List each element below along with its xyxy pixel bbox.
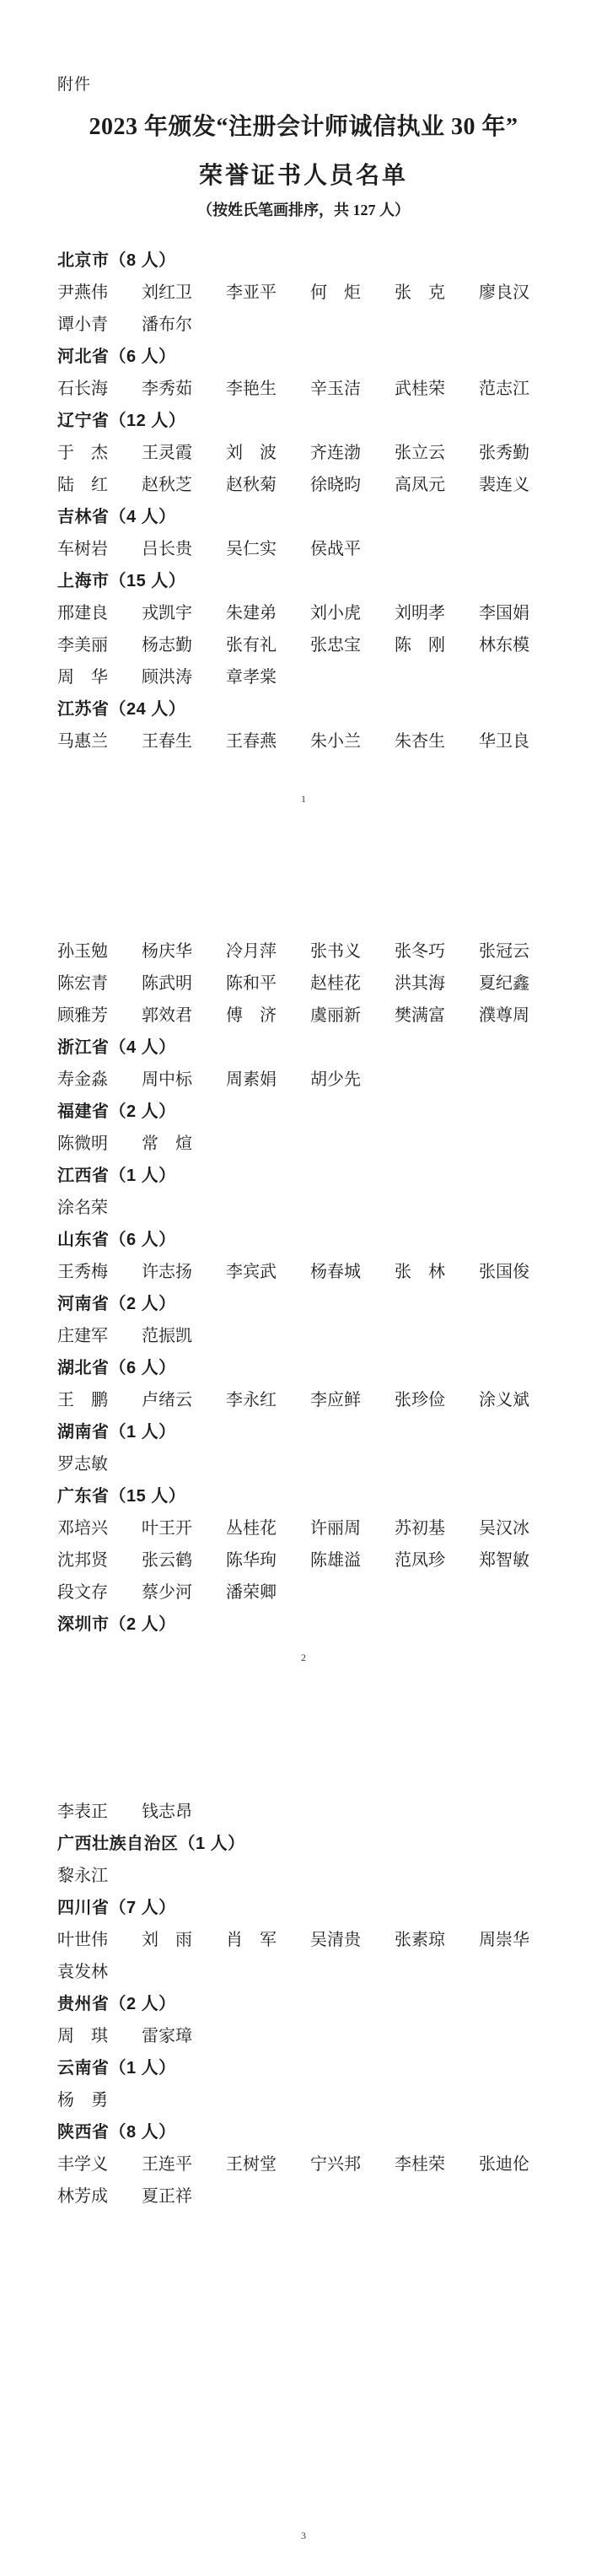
person-name: 李亚平 bbox=[226, 277, 310, 309]
names-row: 车树岩吕长贵吴仁实侯战平 bbox=[0, 533, 607, 565]
person-name: 宁兴邦 bbox=[310, 2148, 395, 2180]
person-name: 杨庆华 bbox=[142, 935, 226, 967]
person-name: 叶世伟 bbox=[57, 1924, 142, 1956]
person-name: 王 鹏 bbox=[57, 1384, 142, 1416]
names-row: 叶世伟刘 雨肖 军吴清贵张素琼周崇华 bbox=[0, 1924, 607, 1956]
names-row: 王秀梅许志扬李宾武杨春城张 林张国俊 bbox=[0, 1256, 607, 1288]
region-section-header: 北京市（8 人） bbox=[0, 245, 607, 277]
region-section-header: 广西壮族自治区（1 人） bbox=[0, 1828, 607, 1860]
page-number: 3 bbox=[0, 2530, 607, 2542]
person-name: 王连平 bbox=[142, 2148, 226, 2180]
person-name: 周崇华 bbox=[479, 1924, 563, 1956]
person-name: 邢建良 bbox=[57, 597, 142, 629]
person-name: 沈邦贤 bbox=[57, 1544, 142, 1576]
person-name: 张国俊 bbox=[479, 1256, 563, 1288]
names-row: 丰学义王连平王树堂宁兴邦李桂荣张迪伦 bbox=[0, 2148, 607, 2180]
person-name: 何 炬 bbox=[310, 277, 395, 309]
person-name: 叶王开 bbox=[142, 1512, 226, 1544]
region-section-header: 山东省（6 人） bbox=[0, 1224, 607, 1256]
person-name: 范志江 bbox=[479, 373, 563, 405]
person-name: 吴汉冰 bbox=[479, 1512, 563, 1544]
names-row: 陈宏青陈武明陈和平赵桂花洪其海夏纪鑫 bbox=[0, 967, 607, 1000]
person-name: 石长海 bbox=[57, 373, 142, 405]
person-name: 郭效君 bbox=[142, 1000, 226, 1032]
person-name: 杨春城 bbox=[310, 1256, 395, 1288]
names-row: 周 华顾洪涛章孝棠 bbox=[0, 661, 607, 693]
person-name: 张有礼 bbox=[226, 629, 310, 661]
person-name: 涂名荣 bbox=[57, 1192, 142, 1224]
person-name: 樊满富 bbox=[395, 1000, 479, 1032]
person-name: 傅 济 bbox=[226, 1000, 310, 1032]
region-section-header: 深圳市（2 人） bbox=[0, 1609, 607, 1641]
document-page: 附件2023 年颁发“注册会计师诚信执业 30 年”荣誉证书人员名单（按姓氏笔画… bbox=[0, 0, 607, 859]
person-name: 林芳成 bbox=[57, 2180, 142, 2212]
person-name: 张迪伦 bbox=[479, 2148, 563, 2180]
document-page: 孙玉勉杨庆华冷月萍张书义张冬巧张冠云陈宏青陈武明陈和平赵桂花洪其海夏纪鑫顾雅芳郭… bbox=[0, 859, 607, 1717]
person-name: 雷家璋 bbox=[142, 2020, 226, 2052]
region-section-header: 河北省（6 人） bbox=[0, 341, 607, 373]
region-section-header: 贵州省（2 人） bbox=[0, 1988, 607, 2020]
person-name: 徐晓昀 bbox=[310, 469, 395, 501]
person-name: 刘 雨 bbox=[142, 1924, 226, 1956]
person-name: 张立云 bbox=[395, 437, 479, 469]
document-title-line1: 2023 年颁发“注册会计师诚信执业 30 年” bbox=[0, 108, 607, 147]
person-name: 陈华珣 bbox=[226, 1544, 310, 1576]
document: 附件2023 年颁发“注册会计师诚信执业 30 年”荣誉证书人员名单（按姓氏笔画… bbox=[0, 0, 607, 2576]
names-row: 孙玉勉杨庆华冷月萍张书义张冬巧张冠云 bbox=[0, 935, 607, 967]
person-name: 陆 红 bbox=[57, 469, 142, 501]
person-name: 潘布尔 bbox=[142, 309, 226, 341]
names-row: 王 鹏卢绪云李永红李应鲜张珍俭涂义斌 bbox=[0, 1384, 607, 1416]
person-name: 林东模 bbox=[479, 629, 563, 661]
names-row: 于 杰王灵霞刘 波齐连渤张立云张秀勤 bbox=[0, 437, 607, 469]
names-row: 马惠兰王春生王春燕朱小兰朱杏生华卫良 bbox=[0, 725, 607, 757]
person-name: 张秀勤 bbox=[479, 437, 563, 469]
person-name: 陈和平 bbox=[226, 967, 310, 1000]
names-row: 涂名荣 bbox=[0, 1192, 607, 1224]
person-name: 虞丽新 bbox=[310, 1000, 395, 1032]
person-name: 陈武明 bbox=[142, 967, 226, 1000]
person-name: 马惠兰 bbox=[57, 725, 142, 757]
person-name: 潘荣卿 bbox=[226, 1576, 310, 1609]
person-name: 刘明孝 bbox=[395, 597, 479, 629]
person-name: 刘红卫 bbox=[142, 277, 226, 309]
person-name: 张忠宝 bbox=[310, 629, 395, 661]
region-section-header: 河南省（2 人） bbox=[0, 1288, 607, 1320]
attachment-label: 附件 bbox=[0, 73, 607, 98]
person-name: 顾雅芳 bbox=[57, 1000, 142, 1032]
person-name: 李表正 bbox=[57, 1796, 142, 1828]
person-name: 张云鹤 bbox=[142, 1544, 226, 1576]
person-name: 李美丽 bbox=[57, 629, 142, 661]
person-name: 李应鲜 bbox=[310, 1384, 395, 1416]
person-name: 陈宏青 bbox=[57, 967, 142, 1000]
person-name: 黎永江 bbox=[57, 1860, 142, 1892]
person-name: 赵秋菊 bbox=[226, 469, 310, 501]
names-row: 石长海李秀茹李艳生辛玉洁武桂荣范志江 bbox=[0, 373, 607, 405]
document-title-line2: 荣誉证书人员名单 bbox=[0, 157, 607, 196]
names-row: 谭小青潘布尔 bbox=[0, 309, 607, 341]
person-name: 李桂荣 bbox=[395, 2148, 479, 2180]
person-name: 齐连渤 bbox=[310, 437, 395, 469]
region-section-header: 江西省（1 人） bbox=[0, 1160, 607, 1192]
page-number: 1 bbox=[0, 793, 607, 806]
person-name: 顾洪涛 bbox=[142, 661, 226, 693]
person-name: 辛玉洁 bbox=[310, 373, 395, 405]
person-name: 夏正祥 bbox=[142, 2180, 226, 2212]
person-name: 丰学义 bbox=[57, 2148, 142, 2180]
person-name: 邓培兴 bbox=[57, 1512, 142, 1544]
names-row: 段文存蔡少河潘荣卿 bbox=[0, 1576, 607, 1609]
person-name: 杨 勇 bbox=[57, 2084, 142, 2116]
person-name: 袁发林 bbox=[57, 1956, 142, 1988]
person-name: 王秀梅 bbox=[57, 1256, 142, 1288]
person-name: 郑智敏 bbox=[479, 1544, 563, 1576]
names-row: 陈微明常 煊 bbox=[0, 1128, 607, 1160]
person-name: 华卫良 bbox=[479, 725, 563, 757]
names-row: 邢建良戎凯宇朱建弟刘小虎刘明孝李国娟 bbox=[0, 597, 607, 629]
region-section-header: 江苏省（24 人） bbox=[0, 693, 607, 725]
person-name: 谭小青 bbox=[57, 309, 142, 341]
names-row: 邓培兴叶王开丛桂花许丽周苏初基吴汉冰 bbox=[0, 1512, 607, 1544]
names-row: 沈邦贤张云鹤陈华珣陈雄溢范凤珍郑智敏 bbox=[0, 1544, 607, 1576]
person-name: 朱小兰 bbox=[310, 725, 395, 757]
person-name: 廖良汉 bbox=[479, 277, 563, 309]
person-name: 周 华 bbox=[57, 661, 142, 693]
person-name: 丛桂花 bbox=[226, 1512, 310, 1544]
document-subtitle: （按姓氏笔画排序，共 127 人） bbox=[0, 199, 607, 221]
names-row: 杨 勇 bbox=[0, 2084, 607, 2116]
region-section-header: 上海市（15 人） bbox=[0, 565, 607, 597]
person-name: 胡少先 bbox=[310, 1064, 395, 1096]
person-name: 陈 刚 bbox=[395, 629, 479, 661]
person-name: 钱志昂 bbox=[142, 1796, 226, 1828]
person-name: 张书义 bbox=[310, 935, 395, 967]
person-name: 吕长贵 bbox=[142, 533, 226, 565]
names-row: 顾雅芳郭效君傅 济虞丽新樊满富濮尊周 bbox=[0, 1000, 607, 1032]
region-section-header: 广东省（15 人） bbox=[0, 1480, 607, 1512]
person-name: 李国娟 bbox=[479, 597, 563, 629]
person-name: 段文存 bbox=[57, 1576, 142, 1609]
names-row: 林芳成夏正祥 bbox=[0, 2180, 607, 2212]
person-name: 张珍俭 bbox=[395, 1384, 479, 1416]
person-name: 刘小虎 bbox=[310, 597, 395, 629]
names-row: 罗志敏 bbox=[0, 1448, 607, 1480]
region-section-header: 湖南省（1 人） bbox=[0, 1416, 607, 1448]
names-row: 周 琪雷家璋 bbox=[0, 2020, 607, 2052]
person-name: 庄建军 bbox=[57, 1320, 142, 1352]
person-name: 范凤珍 bbox=[395, 1544, 479, 1576]
person-name: 王灵霞 bbox=[142, 437, 226, 469]
person-name: 车树岩 bbox=[57, 533, 142, 565]
names-row: 陆 红赵秋芝赵秋菊徐晓昀高凤元裴连义 bbox=[0, 469, 607, 501]
person-name: 赵桂花 bbox=[310, 967, 395, 1000]
person-name: 裴连义 bbox=[479, 469, 563, 501]
person-name: 许丽周 bbox=[310, 1512, 395, 1544]
person-name: 刘 波 bbox=[226, 437, 310, 469]
person-name: 李永红 bbox=[226, 1384, 310, 1416]
person-name: 洪其海 bbox=[395, 967, 479, 1000]
person-name: 范振凯 bbox=[142, 1320, 226, 1352]
person-name: 侯战平 bbox=[310, 533, 395, 565]
person-name: 杨志勤 bbox=[142, 629, 226, 661]
person-name: 周 琪 bbox=[57, 2020, 142, 2052]
person-name: 张冬巧 bbox=[395, 935, 479, 967]
person-name: 冷月萍 bbox=[226, 935, 310, 967]
person-name: 濮尊周 bbox=[479, 1000, 563, 1032]
region-section-header: 福建省（2 人） bbox=[0, 1096, 607, 1128]
person-name: 高凤元 bbox=[395, 469, 479, 501]
person-name: 许志扬 bbox=[142, 1256, 226, 1288]
person-name: 孙玉勉 bbox=[57, 935, 142, 967]
names-row: 李表正钱志昂 bbox=[0, 1796, 607, 1828]
person-name: 章孝棠 bbox=[226, 661, 310, 693]
person-name: 张 克 bbox=[395, 277, 479, 309]
person-name: 戎凯宇 bbox=[142, 597, 226, 629]
person-name: 李艳生 bbox=[226, 373, 310, 405]
person-name: 李秀茹 bbox=[142, 373, 226, 405]
person-name: 夏纪鑫 bbox=[479, 967, 563, 1000]
page-number: 2 bbox=[0, 1652, 607, 1664]
names-row: 庄建军范振凯 bbox=[0, 1320, 607, 1352]
names-row: 李美丽杨志勤张有礼张忠宝陈 刚林东模 bbox=[0, 629, 607, 661]
region-section-header: 吉林省（4 人） bbox=[0, 501, 607, 533]
names-row: 寿金淼周中标周素娟胡少先 bbox=[0, 1064, 607, 1096]
region-section-header: 四川省（7 人） bbox=[0, 1892, 607, 1924]
person-name: 罗志敏 bbox=[57, 1448, 142, 1480]
person-name: 朱杏生 bbox=[395, 725, 479, 757]
person-name: 于 杰 bbox=[57, 437, 142, 469]
names-row: 尹燕伟刘红卫李亚平何 炬张 克廖良汉 bbox=[0, 277, 607, 309]
region-section-header: 浙江省（4 人） bbox=[0, 1032, 607, 1064]
person-name: 常 煊 bbox=[142, 1128, 226, 1160]
person-name: 吴清贵 bbox=[310, 1924, 395, 1956]
person-name: 周中标 bbox=[142, 1064, 226, 1096]
person-name: 肖 军 bbox=[226, 1924, 310, 1956]
person-name: 王春生 bbox=[142, 725, 226, 757]
person-name: 尹燕伟 bbox=[57, 277, 142, 309]
person-name: 赵秋芝 bbox=[142, 469, 226, 501]
document-page: 李表正钱志昂广西壮族自治区（1 人）黎永江四川省（7 人）叶世伟刘 雨肖 军吴清… bbox=[0, 1717, 607, 2576]
person-name: 武桂荣 bbox=[395, 373, 479, 405]
names-row: 袁发林 bbox=[0, 1956, 607, 1988]
person-name: 寿金淼 bbox=[57, 1064, 142, 1096]
person-name: 陈微明 bbox=[57, 1128, 142, 1160]
person-name: 张 林 bbox=[395, 1256, 479, 1288]
region-section-header: 云南省（1 人） bbox=[0, 2052, 607, 2084]
person-name: 卢绪云 bbox=[142, 1384, 226, 1416]
region-section-header: 湖北省（6 人） bbox=[0, 1352, 607, 1384]
region-section-header: 陕西省（8 人） bbox=[0, 2116, 607, 2148]
person-name: 苏初基 bbox=[395, 1512, 479, 1544]
names-row: 黎永江 bbox=[0, 1860, 607, 1892]
person-name: 李宾武 bbox=[226, 1256, 310, 1288]
person-name: 蔡少河 bbox=[142, 1576, 226, 1609]
person-name: 张冠云 bbox=[479, 935, 563, 967]
person-name: 涂义斌 bbox=[479, 1384, 563, 1416]
person-name: 周素娟 bbox=[226, 1064, 310, 1096]
person-name: 吴仁实 bbox=[226, 533, 310, 565]
person-name: 王春燕 bbox=[226, 725, 310, 757]
person-name: 张素琼 bbox=[395, 1924, 479, 1956]
person-name: 朱建弟 bbox=[226, 597, 310, 629]
person-name: 王树堂 bbox=[226, 2148, 310, 2180]
person-name: 陈雄溢 bbox=[310, 1544, 395, 1576]
region-section-header: 辽宁省（12 人） bbox=[0, 405, 607, 437]
